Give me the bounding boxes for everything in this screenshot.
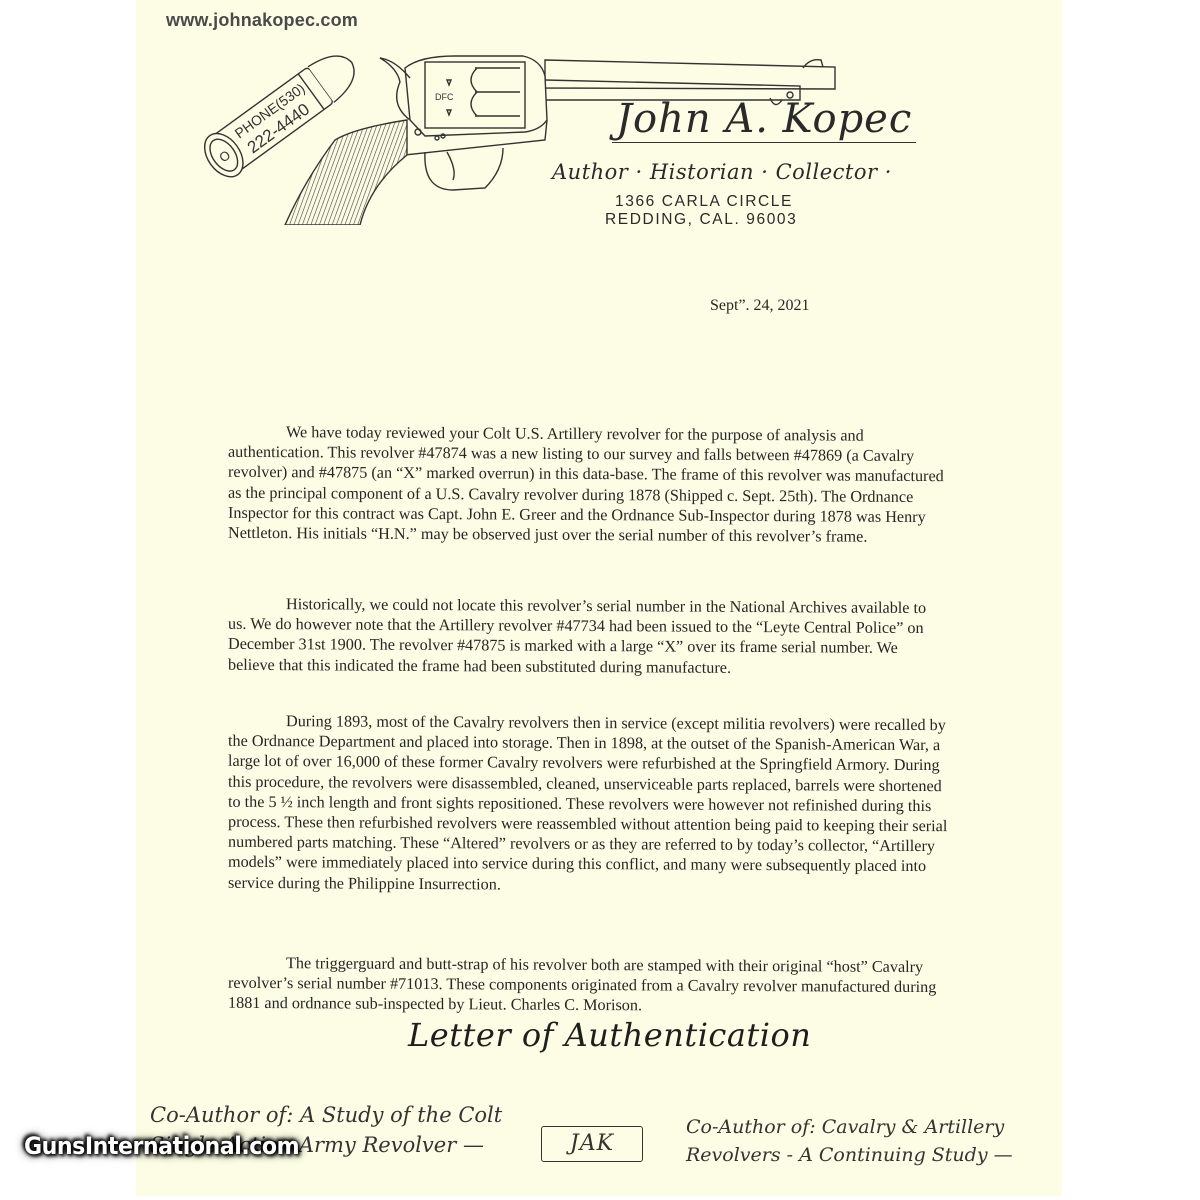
paragraph-text: We have today reviewed your Colt U.S. Ar… xyxy=(228,422,948,548)
coauthor-left-line-1: Co-Author of: A Study of the Colt xyxy=(150,1100,502,1130)
coauthor-credit-right: Co-Author of: Cavalry & Artillery Revolv… xyxy=(686,1113,1013,1169)
paragraph-2: Historically, we could not locate this r… xyxy=(228,594,948,679)
coauthor-right-line-2: Revolvers - A Continuing Study — xyxy=(686,1141,1013,1169)
paragraph-text: Historically, we could not locate this r… xyxy=(228,594,948,679)
paragraph-1: We have today reviewed your Colt U.S. Ar… xyxy=(228,422,948,548)
address-line-2: REDDING, CAL. 96003 xyxy=(605,211,797,229)
letterhead-subtitle: Author · Historian · Collector · xyxy=(552,160,892,184)
jak-monogram-stamp: JAK xyxy=(541,1126,643,1162)
coauthor-right-line-1: Co-Author of: Cavalry & Artillery xyxy=(686,1113,1013,1141)
paragraph-text: The triggerguard and butt-strap of his r… xyxy=(228,953,948,1018)
paragraph-4: The triggerguard and butt-strap of his r… xyxy=(228,953,948,1018)
letterhead-address: 1366 CARLA CIRCLE REDDING, CAL. 96003 xyxy=(605,193,797,229)
paragraph-3: During 1893, most of the Cavalry revolve… xyxy=(228,711,948,897)
paragraph-text: During 1893, most of the Cavalry revolve… xyxy=(228,711,948,897)
letter-date: Sept”. 24, 2021 xyxy=(710,297,810,315)
letter-of-authentication-title: Letter of Authentication xyxy=(408,1016,811,1054)
address-line-1: 1366 CARLA CIRCLE xyxy=(605,193,797,211)
watermark-logo: GunsInternational.com xyxy=(24,1132,299,1160)
svg-text:DFC: DFC xyxy=(435,92,454,102)
letterhead-signature-name: John A. Kopec xyxy=(612,96,916,143)
